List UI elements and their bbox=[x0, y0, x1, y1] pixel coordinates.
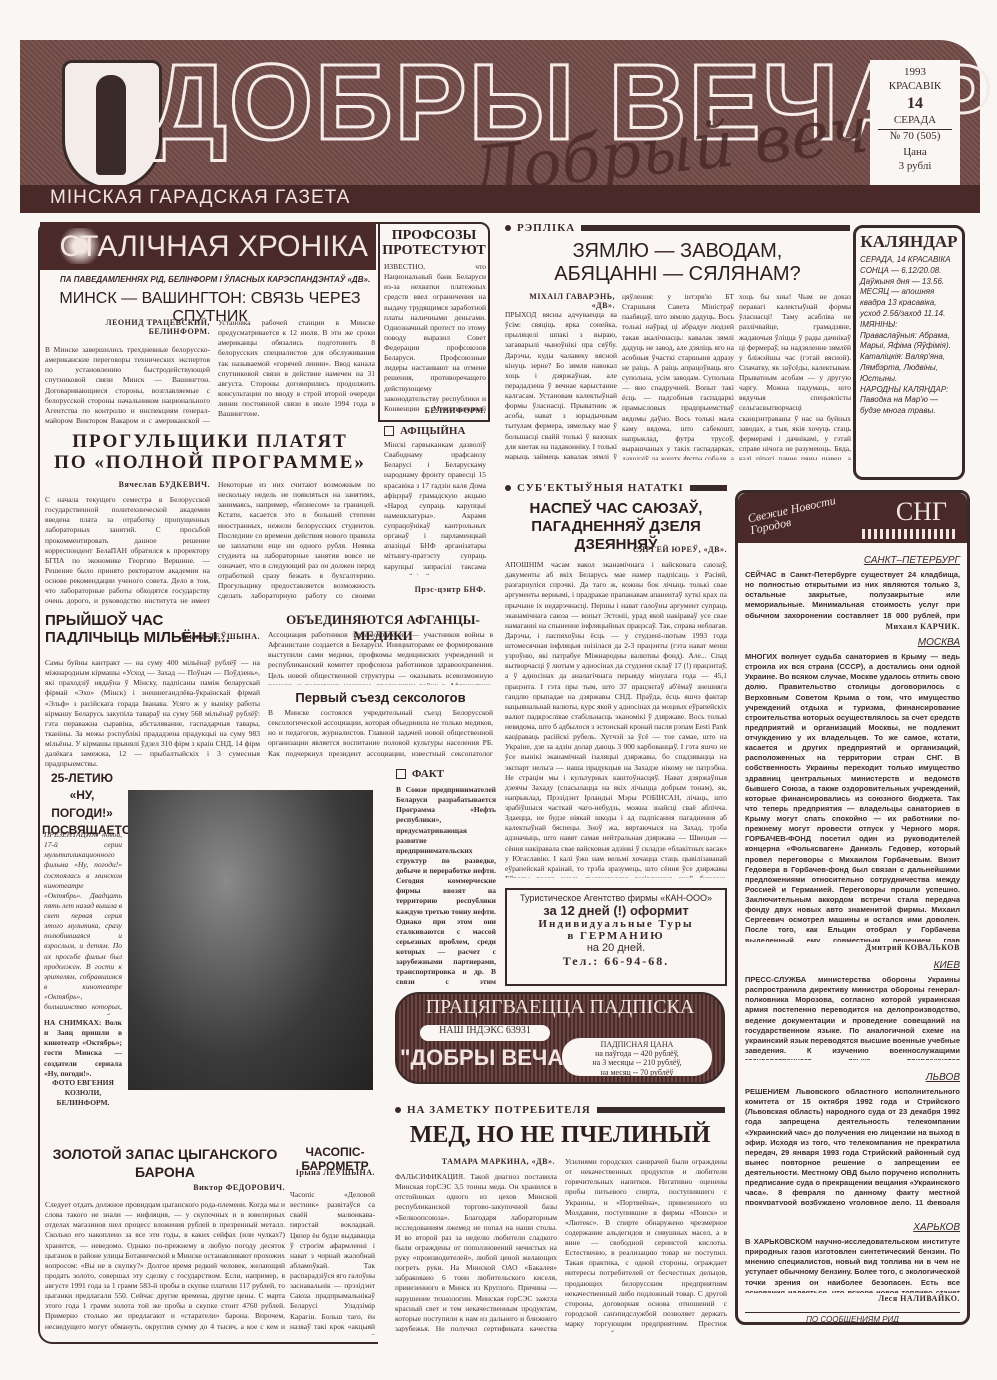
rubric-label: АФІЦЫЙНА bbox=[400, 425, 465, 437]
article-text: ИЗВЕСТНО, что Национальный банк Беларуси… bbox=[384, 262, 486, 412]
article-title-truants: ПРОГУЛЬЩИКИ ПЛАТЯТ ПО «ПОЛНОЙ ПРОГРАММЕ» bbox=[45, 432, 375, 474]
article-byline: ЛЕОНИД ТРАЦЕВСКИЙ, БЕЛИНФОРМ. bbox=[45, 318, 210, 336]
title-line: 25-ЛЕТИЮ bbox=[42, 770, 122, 787]
article-text: Часопіс «Деловой вестник» развітаўся са … bbox=[290, 1190, 375, 1335]
article-title-land: ЗЯМЛЮ — ЗАВОДАМ, АБЯЦАННІ — СЯЛЯНАМ? bbox=[505, 240, 850, 286]
article-title-honey: МЕД, НО НЕ ПЧЕЛИНЫЙ bbox=[395, 1122, 725, 1149]
article-text: С начала текущего семестра в Белорусской… bbox=[45, 495, 210, 605]
sng-header-title: СНГ bbox=[896, 497, 947, 527]
article-byline: Михаил КАРЧИК. bbox=[745, 622, 960, 631]
calendar-date: СЕРАДА, 14 КРАСАВІКА bbox=[860, 255, 960, 266]
article-byline: ТАМАРА МАРКИНА, «ДВ». bbox=[395, 1157, 555, 1166]
calendar-folk: Паводка на Мар'ю — будзе многа травы. bbox=[860, 395, 960, 417]
square-bullet-icon bbox=[396, 769, 406, 779]
article-text: ФАЛЬСИФИКАЦИЯ. Такой диагноз поставила М… bbox=[395, 1172, 557, 1332]
sng-header-script: Свежие Новости Городов bbox=[747, 490, 860, 536]
article-text: Некоторые из них считают возможным по не… bbox=[218, 480, 375, 605]
ad-line: Индивидуальные Туры bbox=[507, 918, 725, 930]
price-value: 3 рублі bbox=[870, 160, 960, 174]
issue-weekday: СЕРАДА bbox=[870, 114, 960, 128]
article-title-gypsy-gold: ЗОЛОТОЙ ЗАПАС ЦЫГАНСКОГО БАРОНА bbox=[45, 1145, 285, 1181]
article-text: Мінскі гарвыканкам дазволіў Свабоднаму п… bbox=[384, 440, 486, 575]
calendar-sun: СОНЦА — 6.12/20.08. bbox=[860, 266, 960, 277]
article-byline: Леся НАЛИВАЙКО. bbox=[745, 1294, 960, 1303]
article-text: ПРЫХОД вясны адчуваецца ва ўсім: свяціць… bbox=[505, 310, 617, 460]
article-byline: Прэс-цэнтр БНФ. bbox=[384, 585, 486, 594]
madonna-figure-icon bbox=[96, 75, 126, 175]
article-text: Самы буйны кантракт — на суму 400 мільён… bbox=[45, 658, 260, 778]
article-byline: СЯРГЕЙ ЮРЕЎ, «ДВ». bbox=[505, 545, 727, 554]
caption-label: НА СНИМКАХ: bbox=[44, 1018, 102, 1027]
title-line: ПРОГУЛЬЩИКИ ПЛАТЯТ bbox=[45, 432, 375, 453]
photo-nu-pogodi-premiere bbox=[128, 790, 373, 1090]
rubric-subjective-notes: СУБ'ЕКТЫЎНЫЯ НАТАТКІ bbox=[505, 482, 727, 494]
chronicle-header-title: СТАЛІЧНАЯ ХРОНІКА bbox=[59, 230, 368, 264]
bullet-icon bbox=[505, 225, 511, 231]
article-byline: МІХАІЛ ГАВАРЭНЬ, «ДВ». bbox=[505, 292, 615, 310]
issue-day: 14 bbox=[870, 94, 960, 114]
ad-line: на 20 дней. bbox=[507, 942, 725, 954]
price-line: на месяц -- 70 рублёў bbox=[562, 1068, 712, 1077]
title-line: ЗОЛОТОЙ ЗАПАС ЦЫГАНСКОГО bbox=[45, 1145, 285, 1163]
article-byline: Ірына ЛЕЎШЫНА. bbox=[290, 1168, 375, 1177]
title-line: ПО «ПОЛНОЙ ПРОГРАММЕ» bbox=[45, 453, 375, 474]
ad-line: в ГЕРМАНИЮ bbox=[507, 930, 725, 942]
rubric-bar bbox=[597, 1107, 725, 1113]
article-text: Следует отдать должное провидцам цыганск… bbox=[45, 1200, 285, 1335]
calendar-daylength: Даўжыня дня — 13.56. bbox=[860, 277, 960, 288]
price-line: на паўгода -- 420 рублёў, bbox=[562, 1049, 712, 1058]
title-line: ПРОФСОЗЫ bbox=[380, 228, 488, 243]
tour-agency-ad: Туристическое Агентство фирмы «КАН-ООО» … bbox=[505, 888, 727, 986]
calendar-moonrise: усход 2.56/заход 11.14. bbox=[860, 309, 960, 320]
article-title-unions: ПРОФСОЗЫ ПРОТЕСТУЮТ bbox=[380, 228, 488, 259]
rubric-official: АФІЦЫЙНА bbox=[384, 425, 465, 437]
article-byline: Виктор ФЕДОРОВИЧ. bbox=[45, 1183, 285, 1192]
issue-date-box: 1993 КРАСАВІК 14 СЕРАДА № 70 (505) Цана … bbox=[870, 60, 960, 185]
article-text: В Союзе предпринимателей Беларуси разраб… bbox=[396, 785, 496, 985]
article-byline: Дмитрий КОВАЛЬКОВ bbox=[745, 943, 960, 952]
title-line: ЗЯМЛЮ — ЗАВОДАМ, bbox=[505, 240, 850, 263]
rubric-label: СУБ'ЕКТЫЎНЫЯ НАТАТКІ bbox=[517, 482, 684, 494]
title-line: АБЯЦАННІ — СЯЛЯНАМ? bbox=[505, 263, 850, 286]
chronicle-source-line: ПА ПАВЕДАМЛЕННЯХ РІД, БЕЛІНФОРМ І ЎЛАСНЫ… bbox=[60, 275, 370, 284]
bullet-icon bbox=[395, 1107, 401, 1113]
article-byline: Ірына ЛЕЎШЫНА. bbox=[150, 632, 260, 641]
ad-line: Туристическое Агентство фирмы «КАН-ООО» bbox=[507, 893, 725, 903]
article-text: СЕЙЧАС в Санкт-Петербурге существует 24 … bbox=[745, 570, 960, 622]
sng-header: Свежие Новости Городов СНГ bbox=[738, 493, 967, 543]
photo-credit: ФОТО ЕВГЕНИЯ КОЗЮЛИ, БЕЛИНФОРМ. bbox=[44, 1078, 122, 1108]
bullet-icon bbox=[505, 485, 511, 491]
rubric-bar bbox=[690, 485, 727, 491]
city-heading: МОСКВА bbox=[745, 637, 960, 648]
issue-year: 1993 bbox=[870, 66, 960, 80]
price-line: на 3 месяцы -- 210 рублёў, bbox=[562, 1058, 712, 1067]
subscription-title: ПРАЦЯГВАЕЦЦА ПАДПІСКА bbox=[395, 996, 725, 1019]
sng-footer: ПО СООБЩЕНИЯМ РИД bbox=[745, 1312, 960, 1324]
calendar-orthodox: Праваслаўныя: Абрама, Марыі, Яфіма (Яўфі… bbox=[860, 331, 960, 353]
calendar-names-label: ІМЯНІНЫ: bbox=[860, 320, 960, 331]
rubric-label: РЭПЛІКА bbox=[517, 222, 575, 234]
subscription-prices: ПАДПІСНАЯ ЦАНА на паўгода -- 420 рублёў,… bbox=[562, 1038, 712, 1076]
issue-month: КРАСАВІК bbox=[870, 80, 960, 94]
square-bullet-icon bbox=[384, 426, 394, 436]
calendar-title: КАЛЯНДАР bbox=[858, 232, 960, 252]
calendar-moon: МЕСЯЦ — апошняя квадра 13 красавіка, bbox=[860, 287, 960, 309]
calendar-catholic: Каталіцкія: Валяр'яна, Лямбэрта, Людвіны… bbox=[860, 352, 960, 384]
issue-number: № 70 (505) bbox=[878, 129, 952, 144]
rubric-label: ФАКТ bbox=[412, 768, 444, 780]
calendar-body: СЕРАДА, 14 КРАСАВІКА СОНЦА — 6.12/20.08.… bbox=[860, 255, 960, 417]
title-line: «НУ, ПОГОДИ!» bbox=[42, 787, 122, 822]
article-text: Ассоциация работников здравоохранения — … bbox=[268, 630, 493, 685]
city-heading: САНКТ–ПЕТЕРБУРГ bbox=[745, 555, 960, 566]
ad-line: за 12 дней (!) оформит bbox=[507, 903, 725, 918]
ad-phone: Тел.: 66-94-68. bbox=[507, 954, 725, 969]
price-label: Цана bbox=[870, 146, 960, 160]
article-text: хоць бы хны! Чым не доказ перавагі калек… bbox=[739, 292, 851, 460]
price-title: ПАДПІСНАЯ ЦАНА bbox=[562, 1040, 712, 1049]
article-text: Установка рабочей станции в Минске преду… bbox=[218, 318, 375, 423]
city-heading: КИЕВ bbox=[745, 960, 960, 971]
rubric-label: НА ЗАМЕТКУ ПОТРЕБИТЕЛЯ bbox=[407, 1104, 591, 1116]
title-line: ПРОТЕСТУЮТ bbox=[380, 243, 488, 258]
article-byline: Вячеслав БУДКЕВИЧ. bbox=[45, 480, 210, 489]
article-text: ПРЕЗЕНТАЦИЯ новой, 17-й серии мультиплик… bbox=[44, 830, 122, 1015]
article-text: В ХАРЬКОВСКОМ научно-исследовательском и… bbox=[745, 1237, 960, 1293]
calendar-folk-label: НАРОДНЫ КАЛЯНДАР: bbox=[860, 385, 960, 396]
subscription-paper-name: "ДОБРЫ ВЕЧАР" bbox=[400, 1045, 588, 1071]
title-line: БАРОНА bbox=[45, 1163, 285, 1181]
article-text: цяўлення: у інтэрв'ю БТ Старшыня Савета … bbox=[622, 292, 734, 460]
skyline-icon bbox=[862, 529, 957, 539]
rubric-fact: ФАКТ bbox=[396, 768, 444, 780]
article-text: В Минске завершились трехдневные белорус… bbox=[45, 345, 210, 425]
subscription-index: НАШ ІНДЭКС 63931 bbox=[420, 1025, 550, 1041]
title-line: НАСПЕЎ ЧАС САЮЗАЎ, bbox=[505, 500, 727, 518]
article-text: РЕШЕНИЕМ Львовского областного исполните… bbox=[745, 1087, 960, 1205]
article-byline: БЕЛИНФОРМ. bbox=[384, 406, 486, 415]
rubric-consumer-notes: НА ЗАМЕТКУ ПОТРЕБИТЕЛЯ bbox=[395, 1104, 725, 1116]
rubric-bar bbox=[581, 225, 850, 231]
newspaper-subtitle: МІНСКАЯ ГАРАДСКАЯ ГАЗЕТА bbox=[50, 187, 350, 209]
article-text: ПРЕСС-СЛУЖБА министерства обороны Украин… bbox=[745, 975, 960, 1060]
city-heading: ЛЬВОВ bbox=[745, 1072, 960, 1083]
article-text: В Минске состоялся учредительный съезд Б… bbox=[268, 708, 493, 760]
article-text: МНОГИХ волнует судьба санаториев в Крыму… bbox=[745, 652, 960, 942]
city-heading: ХАРЬКОВ bbox=[745, 1222, 960, 1233]
article-title-sexologists: Первый съезд сексологов bbox=[268, 690, 493, 705]
chronicle-header-bar: СТАЛІЧНАЯ ХРОНІКА bbox=[40, 222, 376, 270]
photo-caption: НА СНИМКАХ: Волк и Заяц пришли в кинотеа… bbox=[44, 1018, 122, 1079]
rubric-replika: РЭПЛІКА bbox=[505, 222, 850, 234]
article-text: Усилиями городских санврачей были огражд… bbox=[565, 1157, 727, 1332]
article-text: АПОШНІМ часам вакол эканамічнага і вайск… bbox=[505, 560, 727, 878]
